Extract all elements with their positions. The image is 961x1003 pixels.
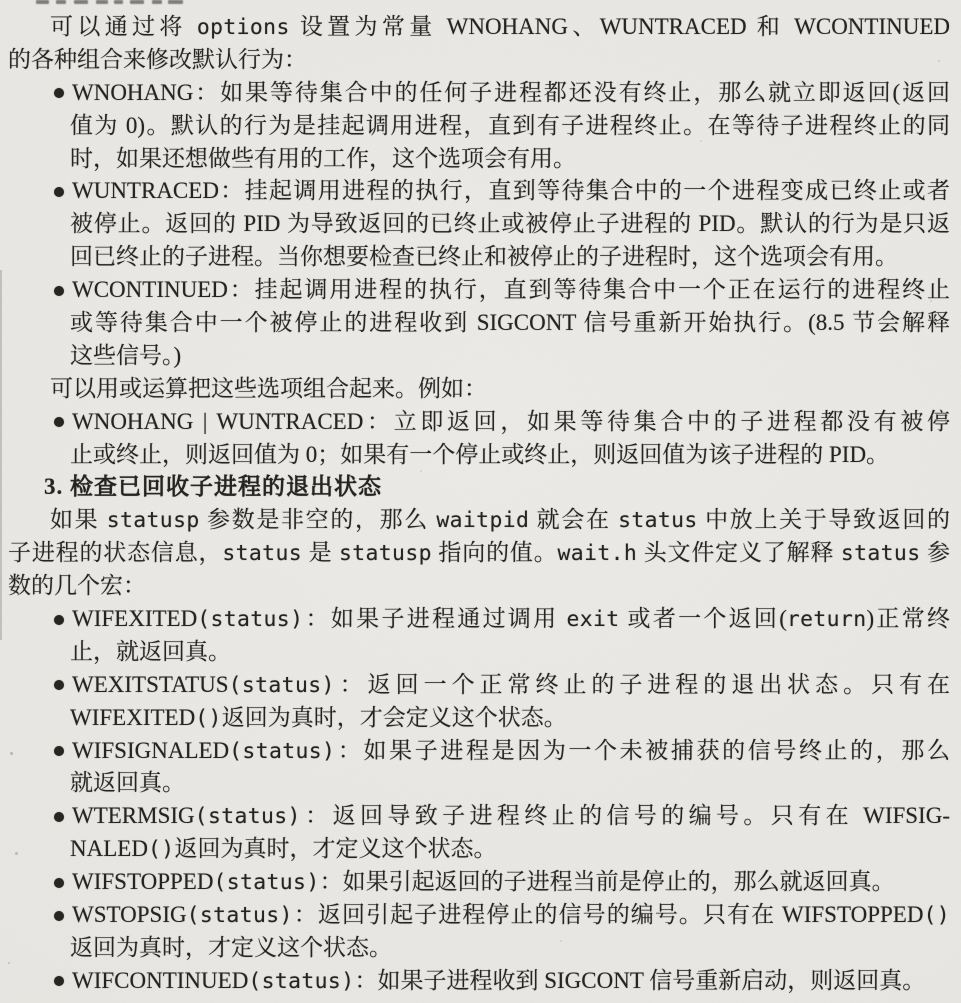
text-run: )正常终 [867, 606, 951, 631]
text-run: ：如果子进程通过调用 [303, 606, 566, 631]
text-run: WIFCONTINUED [72, 968, 248, 993]
text-line: WIFCONTINUED(status)：如果子进程收到 SIGCONT 信号重… [8, 965, 950, 998]
text-run: ：如果引起返回的子进程当前是停止的，那么就返回真。 [320, 869, 895, 894]
text-run: 数的几个宏： [8, 573, 146, 598]
text-run: 中放上关于导致返回的 [698, 507, 950, 532]
text-run: 可以通过将 [50, 14, 197, 39]
text-run: 就会在 [529, 507, 618, 532]
text-line: WCONTINUED：挂起调用进程的执行，直到等待集合中一个正在运行的进程终止 [8, 274, 950, 307]
scan-speck [560, 940, 562, 942]
text-line: 或等待集合中一个被停止的进程收到 SIGCONT 信号重新开始执行。(8.5 节… [8, 307, 950, 340]
code-token: return [787, 607, 867, 632]
code-token: status [618, 508, 698, 533]
text-run: ：返回一个正常终止的子进程的退出状态。只有在 [335, 672, 950, 697]
text-run: WNOHANG | WUNTRACED：立即返回，如果等待集合中的子进程都没有被… [72, 409, 950, 434]
scan-speck [700, 140, 702, 142]
text-line: WUNTRACED：挂起调用进程的执行，直到等待集合中的一个进程变成已终止或者 [8, 175, 950, 208]
text-run: 子进程的状态信息， [8, 540, 222, 565]
text-run: WIFEXITED [72, 606, 197, 631]
code-token: statusp [107, 508, 200, 533]
text-run: 被停止。返回的 PID 为导致返回的已终止或被停止子进程的 PID。默认的行为是… [70, 211, 950, 236]
code-token: () [195, 706, 222, 731]
bullet-icon [54, 417, 64, 427]
scan-artifact-top-remnant [0, 0, 961, 6]
bullet-icon [54, 680, 64, 690]
text-line: WNOHANG：如果等待集合中的任何子进程都还没有终止，那么就立即返回(返回 [8, 77, 950, 110]
text-run: 返回为真时，才会定义这个状态。 [222, 705, 567, 730]
bullet-icon [54, 746, 64, 756]
text-line: WEXITSTATUS(status)：返回一个正常终止的子进程的退出状态。只有… [8, 669, 950, 702]
text-line: 止或终止，则返回值为 0；如果有一个停止或终止，则返回值为该子进程的 PID。 [8, 439, 950, 472]
text-line: WNOHANG | WUNTRACED：立即返回，如果等待集合中的子进程都没有被… [8, 406, 950, 439]
text-line: 时，如果还想做些有用的工作，这个选项会有用。 [8, 143, 950, 176]
text-run: ：如果子进程收到 SIGCONT 信号重新启动，则返回真。 [354, 968, 925, 993]
text-run: 返回为真时，才定义这个状态。 [70, 935, 392, 960]
code-token: options [197, 15, 290, 40]
text-run: 参数是非空的，那么 [200, 507, 437, 532]
code-token: waitpid [436, 508, 529, 533]
bullet-icon [54, 976, 64, 986]
text-run: 就返回真。 [70, 770, 185, 795]
code-token: () [923, 903, 950, 928]
text-line: 如果 statusp 参数是非空的，那么 waitpid 就会在 status … [8, 504, 950, 537]
text-run: ：返回引起子进程停止的信号的编号。只有在 WIFSTOPPED [293, 902, 924, 927]
bullet-icon [54, 88, 64, 98]
text-run: 止，就返回真。 [70, 639, 231, 664]
code-token: statusp [339, 541, 432, 566]
text-run: WNOHANG：如果等待集合中的任何子进程都还没有终止，那么就立即返回(返回 [72, 80, 950, 105]
scan-speck [250, 690, 252, 692]
text-line: 可以用或运算把这些选项组合起来。例如： [8, 373, 950, 406]
text-run: WUNTRACED：挂起调用进程的执行，直到等待集合中的一个进程变成已终止或者 [72, 178, 950, 203]
bullet-icon [54, 615, 64, 625]
text-line: WIFSTOPPED(status)：如果引起返回的子进程当前是停止的，那么就返… [8, 866, 950, 899]
text-line: 数的几个宏： [8, 570, 950, 603]
code-token: wait.h [558, 541, 638, 566]
bullet-icon [54, 911, 64, 921]
scan-speck [938, 60, 940, 62]
text-run: WIFEXITED [70, 705, 195, 730]
code-token: status [841, 541, 921, 566]
text-run: 如果 [50, 507, 107, 532]
code-token: (status) [187, 903, 293, 928]
text-line: 的各种组合来修改默认行为： [8, 44, 950, 77]
text-run: 可以用或运算把这些选项组合起来。例如： [50, 376, 487, 401]
text-line: WIFSIGNALED(status)：如果子进程是因为一个未被捕获的信号终止的… [8, 735, 950, 768]
text-line: 止，就返回真。 [8, 636, 950, 669]
text-run: 指向的值。 [432, 540, 558, 565]
text-run: 头文件定义了解释 [637, 540, 841, 565]
scan-speck [420, 470, 422, 472]
text-column: 可以通过将 options 设置为常量 WNOHANG、WUNTRACED 和 … [8, 11, 950, 998]
text-run: 这些信号。) [70, 343, 181, 368]
book-page: 可以通过将 options 设置为常量 WNOHANG、WUNTRACED 和 … [0, 0, 961, 1003]
text-run: WIFSIGNALED [72, 738, 229, 763]
scan-speck [930, 300, 932, 302]
code-token: status [222, 541, 302, 566]
text-run: 参 [920, 540, 950, 565]
bullet-icon [54, 812, 64, 822]
text-line: WIFEXITED(status)：如果子进程通过调用 exit 或者一个返回(… [8, 603, 950, 636]
text-line: WSTOPSIG(status)：返回引起子进程停止的信号的编号。只有在 WIF… [8, 899, 950, 932]
text-run: WCONTINUED：挂起调用进程的执行，直到等待集合中一个正在运行的进程终止 [72, 277, 950, 302]
text-run: 止或终止，则返回值为 0；如果有一个停止或终止，则返回值为该子进程的 PID。 [70, 442, 889, 467]
scan-speck [8, 962, 10, 964]
scan-speck [15, 852, 18, 855]
bullet-icon [54, 187, 64, 197]
text-line: 就返回真。 [8, 767, 950, 800]
text-line: 回已终止的子进程。当你想要检查已终止和被停止的子进程时，这个选项会有用。 [8, 241, 950, 274]
text-line: WTERMSIG(status)：返回导致子进程终止的信号的编号。只有在 WIF… [8, 800, 950, 833]
text-run: 设置为常量 WNOHANG、WUNTRACED 和 WCONTINUED [290, 14, 950, 39]
code-token: exit [566, 607, 619, 632]
text-run: WSTOPSIG [72, 902, 187, 927]
text-line: NALED()返回为真时，才定义这个状态。 [8, 833, 950, 866]
text-run: 时，如果还想做些有用的工作，这个选项会有用。 [70, 146, 576, 171]
section-heading: 3. 检查已回收子进程的退出状态 [8, 471, 950, 504]
text-line: 返回为真时，才定义这个状态。 [8, 932, 950, 965]
text-line: WIFEXITED()返回为真时，才会定义这个状态。 [8, 702, 950, 735]
scan-speck [10, 752, 13, 755]
text-run: 值为 0)。默认的行为是挂起调用进程，直到有子进程终止。在等待子进程终止的同 [70, 113, 950, 138]
code-token: () [148, 837, 175, 862]
text-run: NALED [70, 836, 148, 861]
code-token: (status) [213, 870, 319, 895]
text-run: 或者一个返回( [620, 606, 787, 631]
text-run: 是 [302, 540, 339, 565]
code-token: (status) [248, 969, 354, 994]
scan-speck [855, 24, 858, 27]
code-token: (status) [229, 739, 335, 764]
text-run: WTERMSIG [72, 803, 195, 828]
text-run: 返回为真时，才定义这个状态。 [174, 836, 496, 861]
code-token: (status) [197, 607, 303, 632]
code-token: (status) [229, 673, 335, 698]
scan-edge-shadow [0, 270, 2, 640]
text-line: 子进程的状态信息，status 是 statusp 指向的值。wait.h 头文… [8, 537, 950, 570]
text-run: 或等待集合中一个被停止的进程收到 SIGCONT 信号重新开始执行。(8.5 节… [70, 310, 950, 335]
text-line: 值为 0)。默认的行为是挂起调用进程，直到有子进程终止。在等待子进程终止的同 [8, 110, 950, 143]
text-run: ：返回导致子进程终止的信号的编号。只有在 WIFSIG- [301, 803, 950, 828]
text-run: ：如果子进程是因为一个未被捕获的信号终止的，那么 [335, 738, 950, 763]
code-token: (status) [195, 804, 301, 829]
text-line: 这些信号。) [8, 340, 950, 373]
text-run: 的各种组合来修改默认行为： [8, 47, 307, 72]
text-line: 可以通过将 options 设置为常量 WNOHANG、WUNTRACED 和 … [8, 11, 950, 44]
text-run: WIFSTOPPED [72, 869, 213, 894]
text-run: WEXITSTATUS [72, 672, 229, 697]
bullet-icon [54, 286, 64, 296]
text-run: 回已终止的子进程。当你想要检查已终止和被停止的子进程时，这个选项会有用。 [70, 244, 898, 269]
bullet-icon [54, 878, 64, 888]
text-line: 被停止。返回的 PID 为导致返回的已终止或被停止子进程的 PID。默认的行为是… [8, 208, 950, 241]
text-run: 3. 检查已回收子进程的退出状态 [44, 474, 382, 499]
